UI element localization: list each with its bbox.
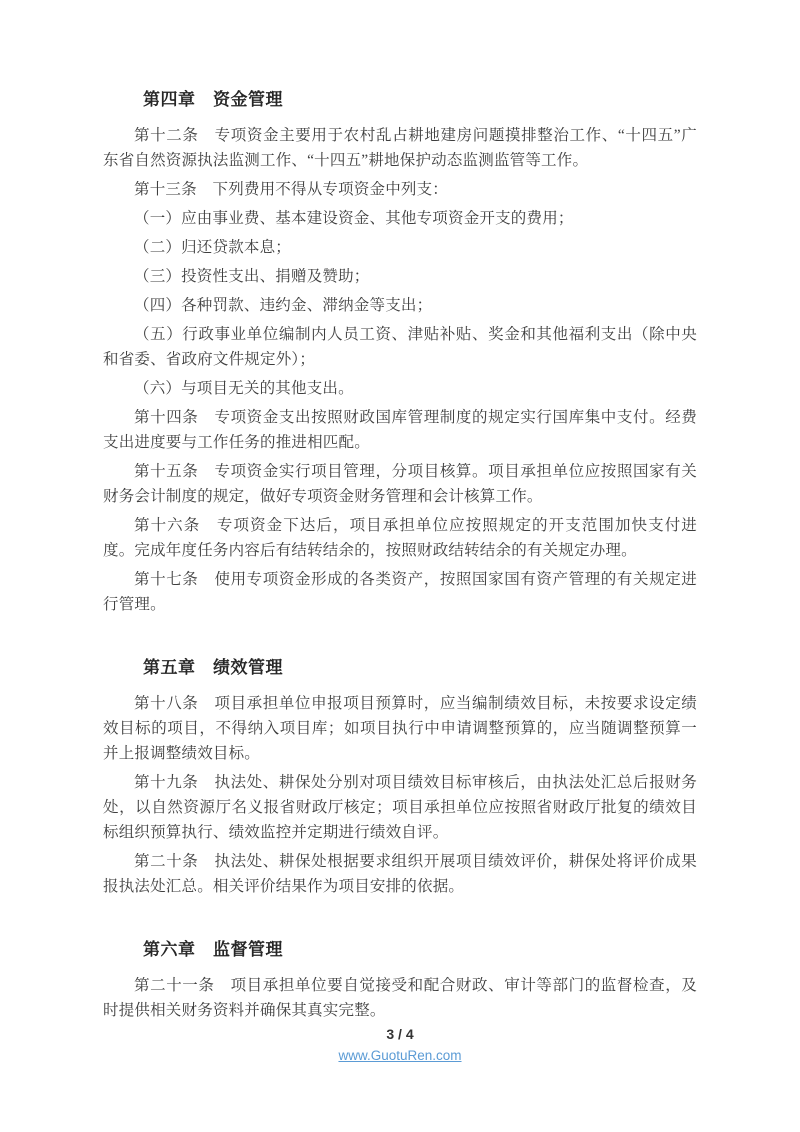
document-page: 第四章 资金管理第十二条 专项资金主要用于农村乱占耕地建房问题摸排整治工作、“十… [0, 0, 800, 1132]
paragraph: 第十二条 专项资金主要用于农村乱占耕地建房问题摸排整治工作、“十四五”广东省自然… [103, 123, 697, 173]
paragraph: 第二十条 执法处、耕保处根据要求组织开展项目绩效评价，耕保处将评价成果报执法处汇… [103, 849, 697, 899]
paragraph: 第十六条 专项资金下达后，项目承担单位应按照规定的开支范围加快支付进度。完成年度… [103, 513, 697, 563]
site-link[interactable]: www.GuotuRen.com [338, 1048, 461, 1063]
paragraph: （五）行政事业单位编制内人员工资、津贴补贴、奖金和其他福利支出（除中央和省委、省… [103, 322, 697, 372]
paragraph: 第十五条 专项资金实行项目管理，分项目核算。项目承担单位应按照国家有关财务会计制… [103, 459, 697, 509]
paragraph: 第十四条 专项资金支出按照财政国库管理制度的规定实行国库集中支付。经费支出进度要… [103, 405, 697, 455]
paragraph: 第十七条 使用专项资金形成的各类资产，按照国家国有资产管理的有关规定进行管理。 [103, 567, 697, 617]
paragraph: 第十九条 执法处、耕保处分别对项目绩效目标审核后，由执法处汇总后报财务处，以自然… [103, 770, 697, 845]
paragraph: （四）各种罚款、违约金、滞纳金等支出； [103, 293, 697, 318]
paragraph: （二）归还贷款本息； [103, 235, 697, 260]
chapter-heading: 第五章 绩效管理 [103, 658, 697, 678]
chapter-heading: 第六章 监督管理 [103, 940, 697, 960]
paragraph: （一）应由事业费、基本建设资金、其他专项资金开支的费用； [103, 206, 697, 231]
chapter-heading: 第四章 资金管理 [103, 90, 697, 110]
paragraph: 第十三条 下列费用不得从专项资金中列支： [103, 177, 697, 202]
document-body: 第四章 资金管理第十二条 专项资金主要用于农村乱占耕地建房问题摸排整治工作、“十… [103, 0, 697, 1023]
paragraph: （六）与项目无关的其他支出。 [103, 376, 697, 401]
page-number: 3 / 4 [0, 1026, 800, 1043]
paragraph: 第二十一条 项目承担单位要自觉接受和配合财政、审计等部门的监督检查，及时提供相关… [103, 973, 697, 1023]
page-footer: 3 / 4 www.GuotuRen.com [0, 1026, 800, 1065]
paragraph: （三）投资性支出、捐赠及赞助； [103, 264, 697, 289]
paragraph: 第十八条 项目承担单位申报项目预算时，应当编制绩效目标，未按要求设定绩效目标的项… [103, 691, 697, 766]
